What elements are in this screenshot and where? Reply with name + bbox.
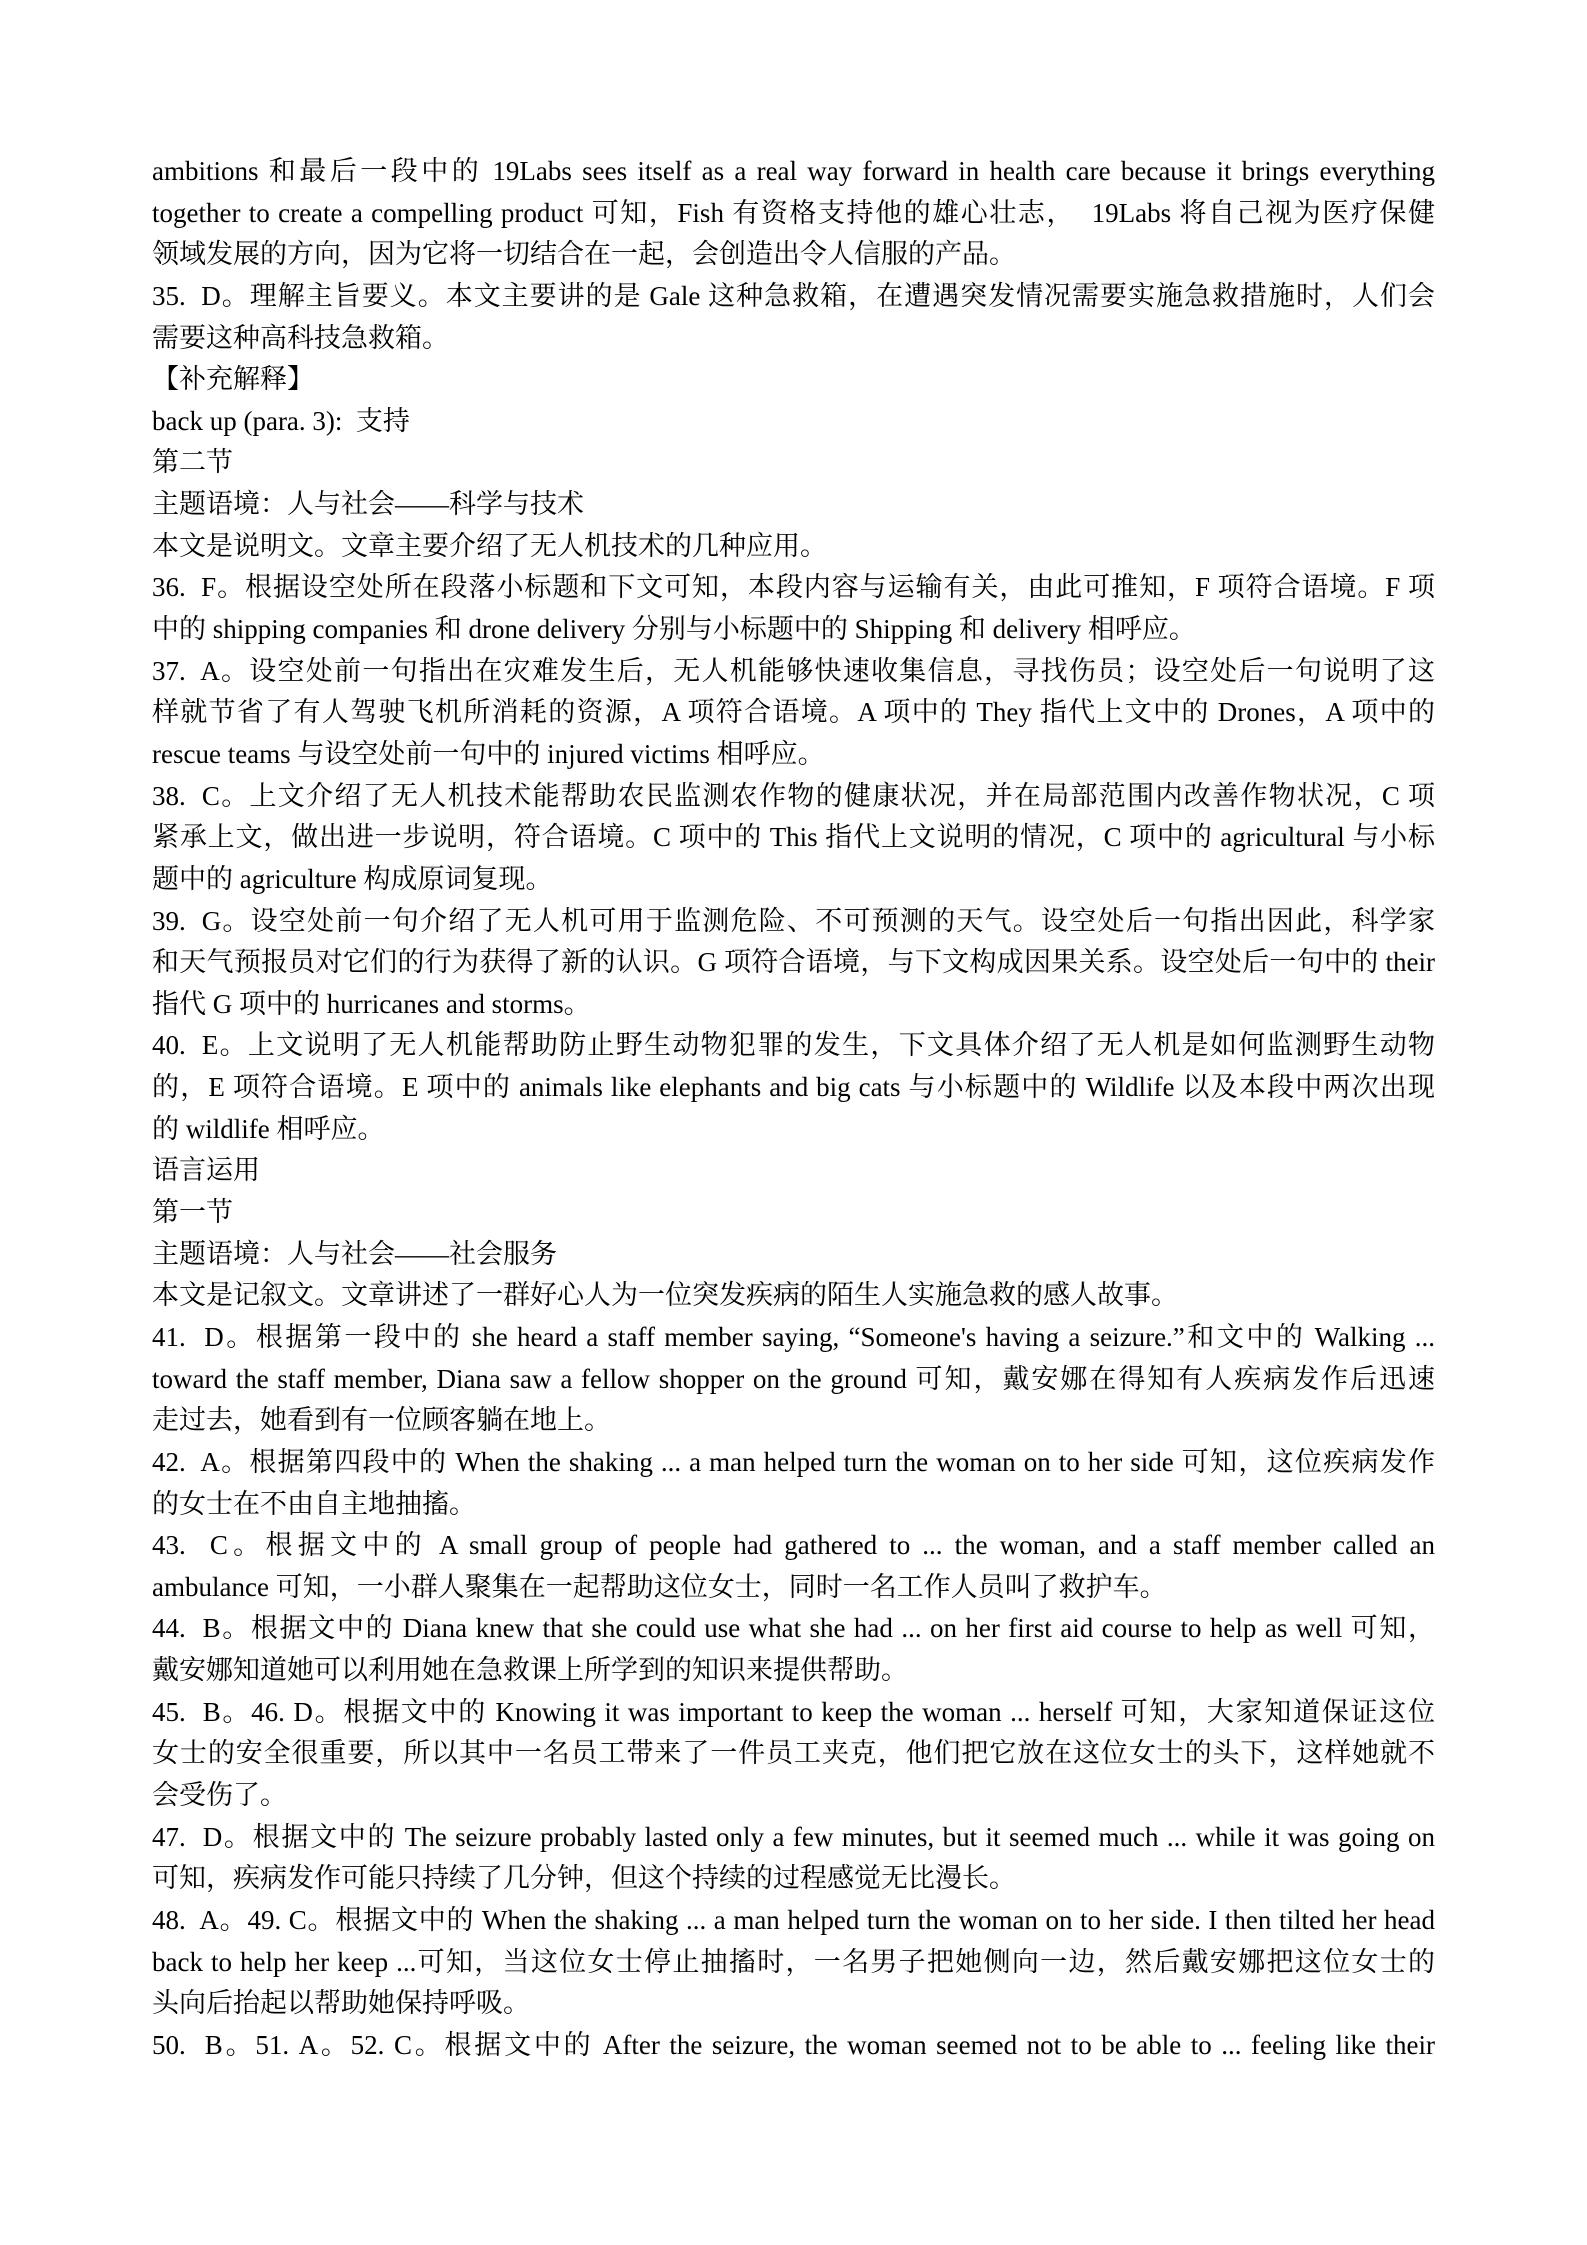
text-line: 可知，疾病发作可能只持续了几分钟，但这个持续的过程感觉无比漫长。 bbox=[152, 1858, 1435, 1900]
text-line: 40. E。上文说明了无人机能帮助防止野生动物犯罪的发生，下文具体介绍了无人机是… bbox=[152, 1025, 1435, 1067]
text-line: 的女士在不由自主地抽搐。 bbox=[152, 1484, 1435, 1526]
text-line: 主题语境：人与社会——社会服务 bbox=[152, 1234, 1435, 1276]
text-line: 35. D。理解主旨要义。本文主要讲的是 Gale 这种急救箱，在遭遇突发情况需… bbox=[152, 276, 1435, 318]
text-line: 会受伤了。 bbox=[152, 1775, 1435, 1817]
text-line: 本文是记叙文。文章讲述了一群好心人为一位突发疾病的陌生人实施急救的感人故事。 bbox=[152, 1275, 1435, 1317]
text-line: 戴安娜知道她可以利用她在急救课上所学到的知识来提供帮助。 bbox=[152, 1650, 1435, 1692]
document-page: ambitions 和最后一段中的 19Labs sees itself as … bbox=[0, 0, 1587, 2245]
text-line: 的，E 项符合语境。E 项中的 animals like elephants a… bbox=[152, 1067, 1435, 1109]
text-line: ambulance 可知，一小群人聚集在一起帮助这位女士，同时一名工作人员叫了救… bbox=[152, 1567, 1435, 1609]
text-line: 紧承上文，做出进一步说明，符合语境。C 项中的 This 指代上文说明的情况，C… bbox=[152, 817, 1435, 859]
text-line: 领域发展的方向，因为它将一切结合在一起，会创造出令人信服的产品。 bbox=[152, 234, 1435, 276]
text-line: toward the staff member, Diana saw a fel… bbox=[152, 1359, 1435, 1401]
text-line: 45. B。46. D。根据文中的 Knowing it was importa… bbox=[152, 1692, 1435, 1734]
text-line: 36. F。根据设空处所在段落小标题和下文可知，本段内容与运输有关，由此可推知，… bbox=[152, 567, 1435, 609]
text-line: 头向后抬起以帮助她保持呼吸。 bbox=[152, 1983, 1435, 2025]
text-line: 【补充解释】 bbox=[152, 359, 1435, 401]
text-line: back up (para. 3): 支持 bbox=[152, 401, 1435, 443]
text-line: 48. A。49. C。根据文中的 When the shaking ... a… bbox=[152, 1900, 1435, 1942]
text-line: 本文是说明文。文章主要介绍了无人机技术的几种应用。 bbox=[152, 526, 1435, 568]
text-line: 中的 shipping companies 和 drone delivery 分… bbox=[152, 609, 1435, 651]
text-lines: ambitions 和最后一段中的 19Labs sees itself as … bbox=[152, 151, 1435, 2066]
text-line: rescue teams 与设空处前一句中的 injured victims 相… bbox=[152, 734, 1435, 776]
text-line: 女士的安全很重要，所以其中一名员工带来了一件员工夹克，他们把它放在这位女士的头下… bbox=[152, 1733, 1435, 1775]
text-line: 走过去，她看到有一位顾客躺在地上。 bbox=[152, 1400, 1435, 1442]
text-line: 39. G。设空处前一句介绍了无人机可用于监测危险、不可预测的天气。设空处后一句… bbox=[152, 901, 1435, 943]
text-line: 第二节 bbox=[152, 442, 1435, 484]
text-line: 样就节省了有人驾驶飞机所消耗的资源，A 项符合语境。A 项中的 They 指代上… bbox=[152, 692, 1435, 734]
text-line: 42. A。根据第四段中的 When the shaking ... a man… bbox=[152, 1442, 1435, 1484]
text-line: 44. B。根据文中的 Diana knew that she could us… bbox=[152, 1608, 1435, 1650]
text-line: 指代 G 项中的 hurricanes and storms。 bbox=[152, 984, 1435, 1026]
text-line: 语言运用 bbox=[152, 1150, 1435, 1192]
text-line: 需要这种高科技急救箱。 bbox=[152, 318, 1435, 360]
text-line: 41. D。根据第一段中的 she heard a staff member s… bbox=[152, 1317, 1435, 1359]
text-line: 47. D。根据文中的 The seizure probably lasted … bbox=[152, 1817, 1435, 1859]
text-line: together to create a compelling product … bbox=[152, 193, 1435, 235]
text-line: 主题语境：人与社会——科学与技术 bbox=[152, 484, 1435, 526]
text-line: 第一节 bbox=[152, 1192, 1435, 1234]
text-line: ambitions 和最后一段中的 19Labs sees itself as … bbox=[152, 151, 1435, 193]
text-line: 43. C。根据文中的 A small group of people had … bbox=[152, 1525, 1435, 1567]
text-line: 的 wildlife 相呼应。 bbox=[152, 1109, 1435, 1151]
text-line: 题中的 agriculture 构成原词复现。 bbox=[152, 859, 1435, 901]
text-line: back to help her keep ...可知，当这位女士停止抽搐时，一… bbox=[152, 1942, 1435, 1984]
text-line: 和天气预报员对它们的行为获得了新的认识。G 项符合语境，与下文构成因果关系。设空… bbox=[152, 942, 1435, 984]
text-line: 38. C。上文介绍了无人机技术能帮助农民监测农作物的健康状况，并在局部范围内改… bbox=[152, 776, 1435, 818]
text-line: 37. A。设空处前一句指出在灾难发生后，无人机能够快速收集信息，寻找伤员；设空… bbox=[152, 651, 1435, 693]
text-line: 50. B。51. A。52. C。根据文中的 After the seizur… bbox=[152, 2025, 1435, 2067]
